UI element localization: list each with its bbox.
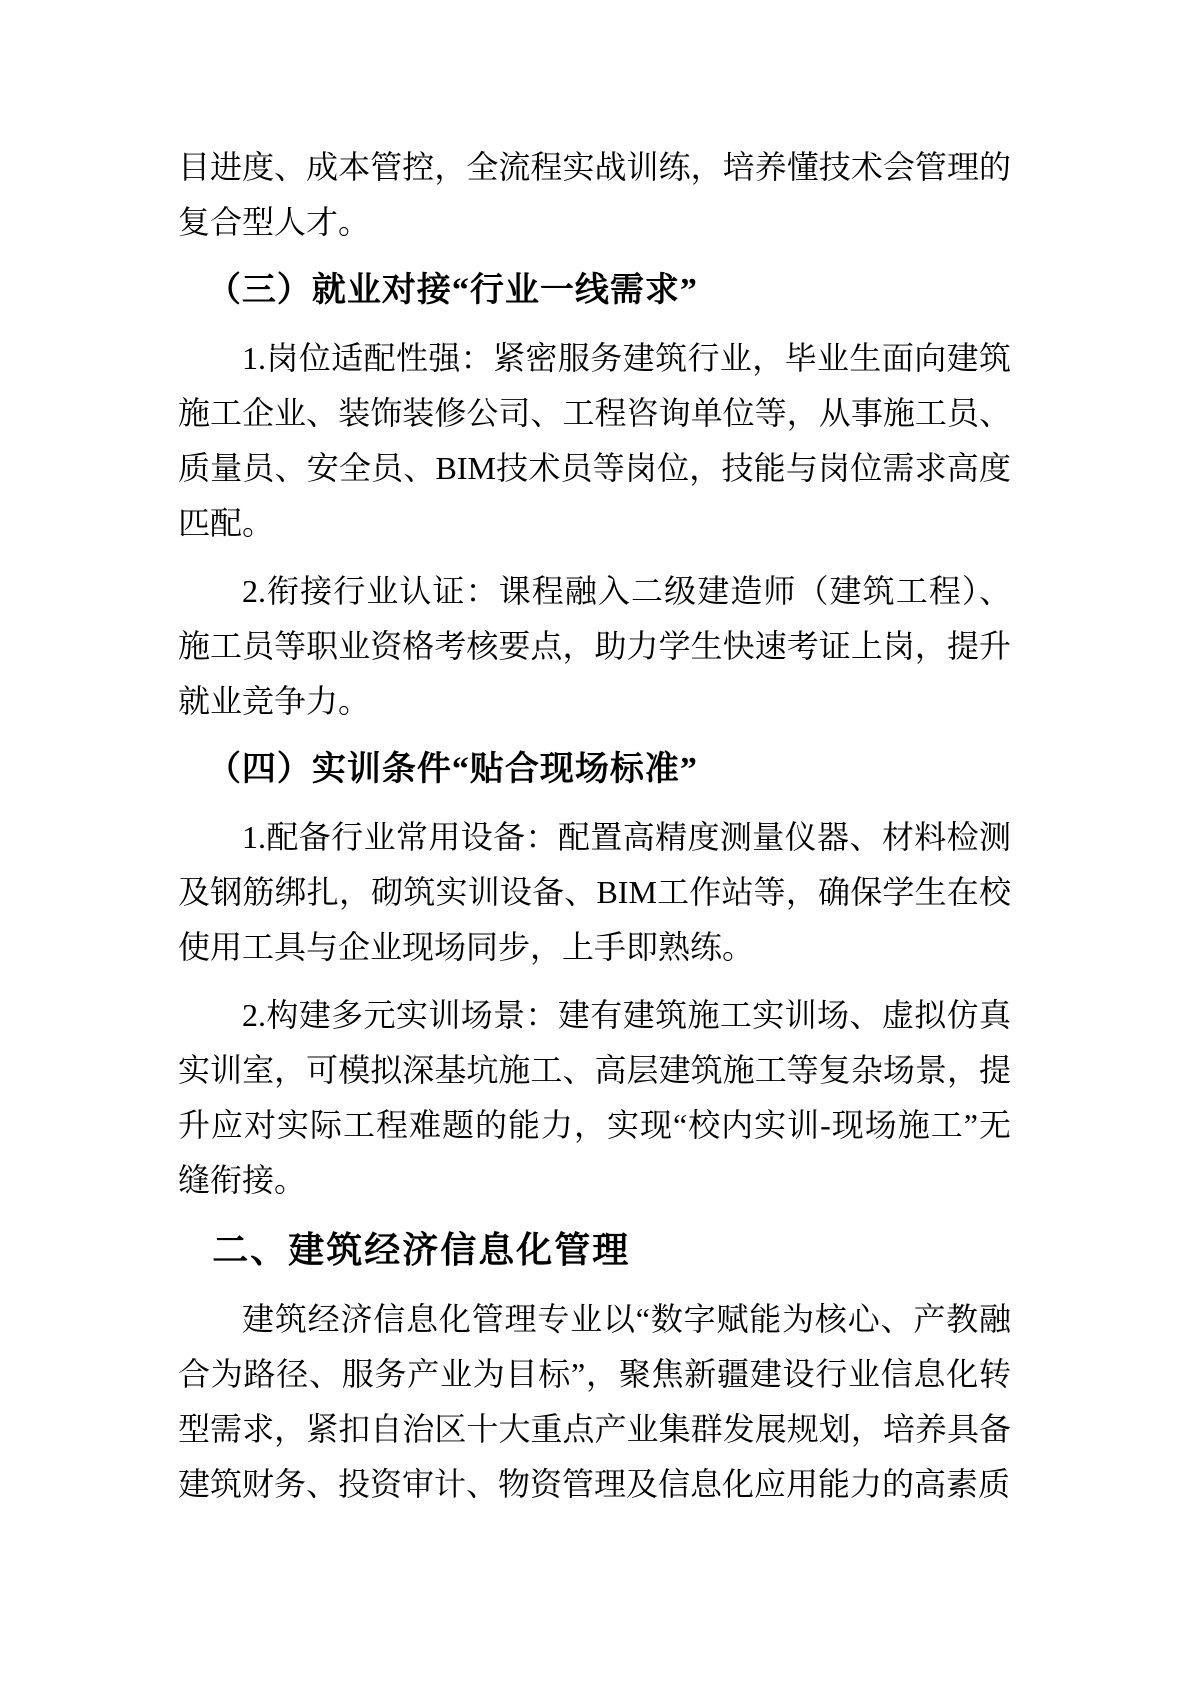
section-heading-4: （四）实训条件“贴合现场标准” (178, 742, 1011, 797)
paragraph: 1.岗位适配性强：紧密服务建筑行业，毕业生面向建筑施工企业、装饰装修公司、工程咨… (178, 331, 1011, 551)
document-page: 目进度、成本管控，全流程实战训练，培养懂技术会管理的复合型人才。 （三）就业对接… (0, 0, 1191, 1684)
paragraph: 1.配备行业常用设备：配置高精度测量仪器、材料检测及钢筋绑扎，砌筑实训设备、BI… (178, 810, 1011, 975)
chapter-heading-2: 二、建筑经济信息化管理 (178, 1221, 1011, 1279)
paragraph: 建筑经济信息化管理专业以“数字赋能为核心、产教融合为路径、服务产业为目标”，聚焦… (178, 1292, 1011, 1512)
paragraph: 2.衔接行业认证：课程融入二级建造师（建筑工程）、施工员等职业资格考核要点，助力… (178, 564, 1011, 729)
paragraph: 2.构建多元实训场景：建有建筑施工实训场、虚拟仿真实训室，可模拟深基坑施工、高层… (178, 988, 1011, 1208)
paragraph-continuation: 目进度、成本管控，全流程实战训练，培养懂技术会管理的复合型人才。 (178, 140, 1011, 250)
section-heading-3: （三）就业对接“行业一线需求” (178, 263, 1011, 318)
